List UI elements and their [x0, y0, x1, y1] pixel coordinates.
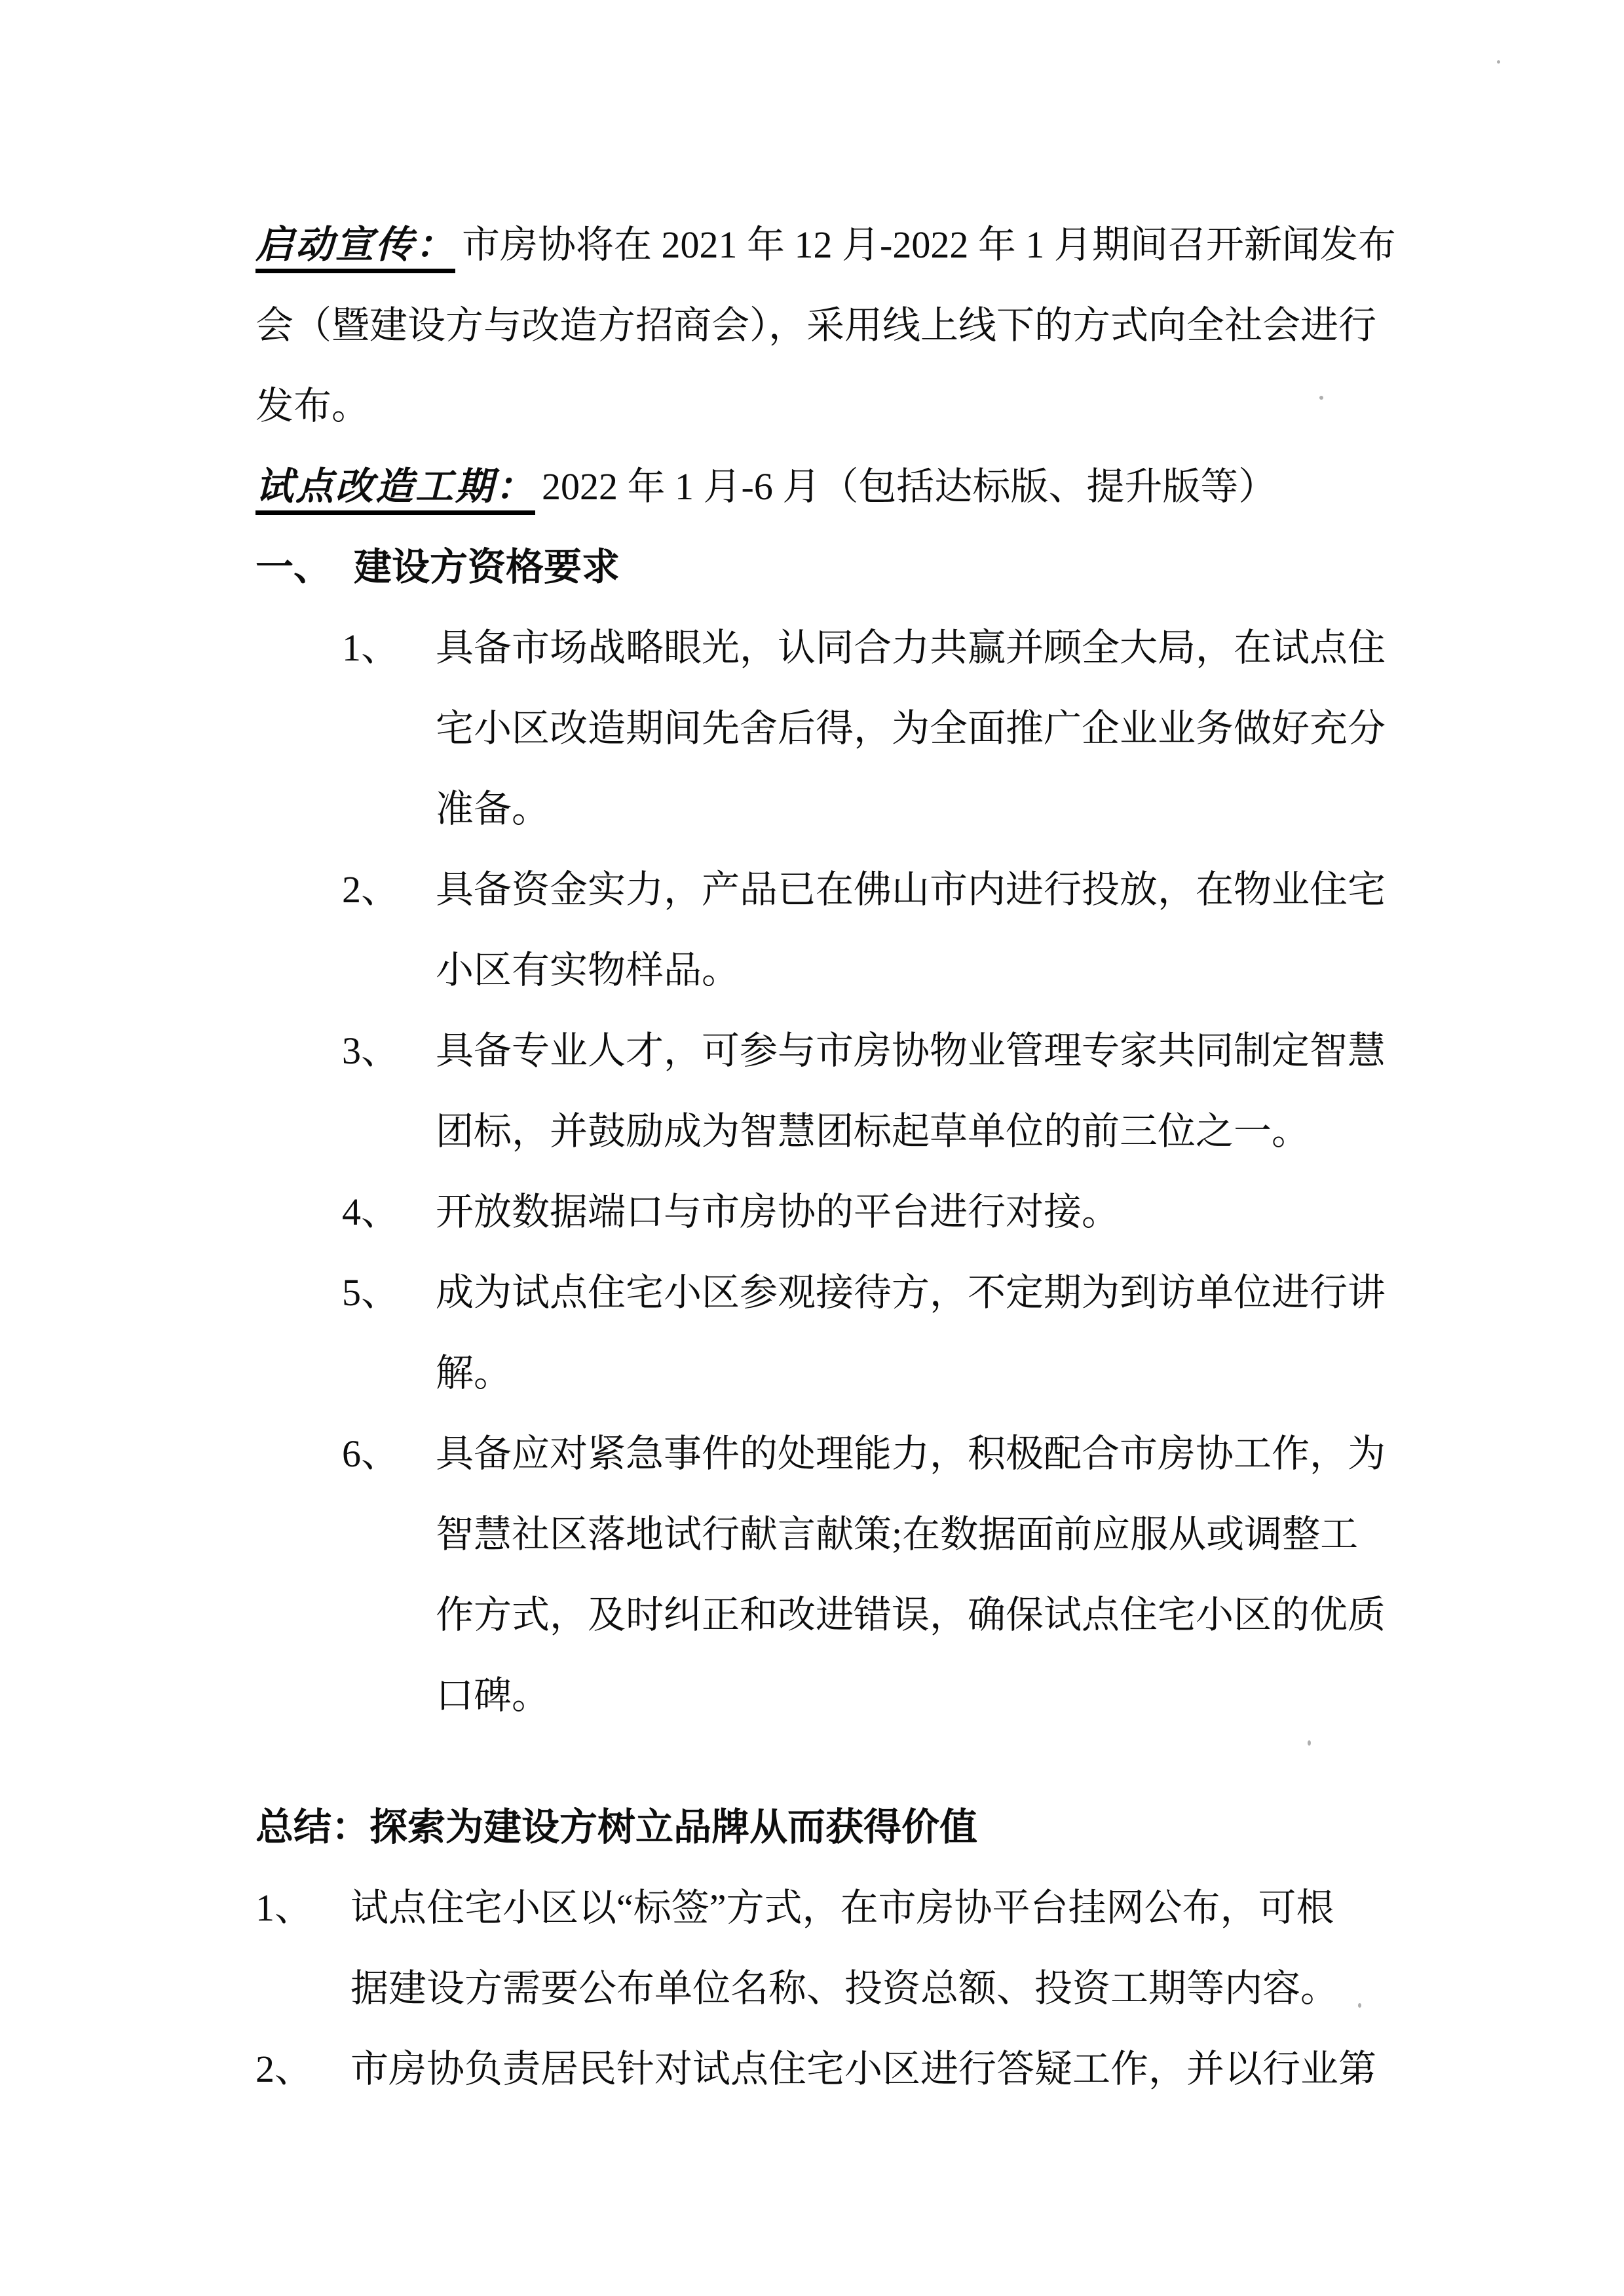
list-item-text: 小区有实物样品。: [255, 930, 1427, 1010]
list-item-text: 作方式，及时纠正和改进错误，确保试点住宅小区的优质: [255, 1575, 1427, 1655]
list-item-text: 具备专业人才，可参与市房协物业管理专家共同制定智慧: [436, 1029, 1386, 1072]
scan-speck: [1308, 1740, 1311, 1746]
paragraph-launch-line-1: 启动宣传：市房协将在 2021 年 12 月-2022 年 1 月期间召开新闻发…: [255, 204, 1427, 285]
requirement-item: 6、具备应对紧急事件的处理能力，积极配合市房协工作，为: [255, 1413, 1427, 1494]
list-item-text: 成为试点住宅小区参观接待方，不定期为到访单位进行讲: [436, 1271, 1386, 1314]
blank-gap: [255, 1736, 1427, 1787]
list-item-text: 宅小区改造期间先舍后得，为全面推广企业业务做好充分: [255, 688, 1427, 769]
list-item-number: 1、: [255, 1867, 350, 1948]
schedule-label: 试点改造工期：: [255, 465, 535, 515]
list-item-number: 3、: [342, 1010, 436, 1091]
list-item-text: 具备应对紧急事件的处理能力，积极配合市房协工作，为: [436, 1432, 1386, 1475]
scan-speck: [1319, 396, 1323, 400]
scan-speck: [1497, 60, 1500, 64]
list-item-text: 试点住宅小区以“标签”方式，在市房协平台挂网公布，可根: [350, 1886, 1334, 1929]
paragraph-launch-line-2: 会（暨建设方与改造方招商会），采用线上线下的方式向全社会进行: [255, 285, 1427, 366]
list-item-number: 6、: [342, 1413, 436, 1494]
requirement-item: 3、具备专业人才，可参与市房协物业管理专家共同制定智慧: [255, 1010, 1427, 1091]
section-heading: 一、建设方资格要求: [255, 527, 1427, 607]
list-item-text: 开放数据端口与市房协的平台进行对接。: [436, 1191, 1120, 1233]
summary-item: 2、市房协负责居民针对试点住宅小区进行答疑工作，并以行业第: [255, 2029, 1427, 2109]
launch-label: 启动宣传：: [255, 223, 455, 273]
list-item-text: 具备资金实力，产品已在佛山市内进行投放，在物业住宅: [436, 868, 1386, 911]
section-heading-marker: 一、: [255, 527, 354, 607]
list-item-text: 解。: [255, 1333, 1427, 1413]
paragraph-launch-line-3: 发布。: [255, 366, 1427, 446]
requirement-item: 1、具备市场战略眼光，认同合力共赢并顾全大局，在试点住: [255, 607, 1427, 688]
summary-item: 1、试点住宅小区以“标签”方式，在市房协平台挂网公布，可根: [255, 1867, 1427, 1948]
requirement-item: 2、具备资金实力，产品已在佛山市内进行投放，在物业住宅: [255, 849, 1427, 930]
list-item-text: 口碑。: [255, 1655, 1427, 1736]
list-item-text: 具备市场战略眼光，认同合力共赢并顾全大局，在试点住: [436, 626, 1386, 669]
requirement-item: 4、开放数据端口与市房协的平台进行对接。: [255, 1172, 1427, 1252]
schedule-text: 2022 年 1 月-6 月（包括达标版、提升版等）: [542, 465, 1276, 508]
list-item-text: 团标，并鼓励成为智慧团标起草单位的前三位之一。: [255, 1091, 1427, 1172]
summary-heading: 总结：探索为建设方树立品牌从而获得价值: [255, 1787, 1427, 1867]
scan-speck: [935, 1902, 938, 1905]
section-heading-title: 建设方资格要求: [354, 546, 620, 588]
list-item-text: 市房协负责居民针对试点住宅小区进行答疑工作，并以行业第: [350, 2048, 1376, 2090]
paragraph-schedule: 试点改造工期：2022 年 1 月-6 月（包括达标版、提升版等）: [255, 446, 1427, 527]
launch-text: 市房协将在 2021 年 12 月-2022 年 1 月期间召开新闻发布: [462, 223, 1396, 266]
list-item-number: 5、: [342, 1252, 436, 1333]
list-item-text: 准备。: [255, 769, 1427, 849]
list-item-number: 2、: [255, 2029, 350, 2109]
list-item-text: 据建设方需要公布单位名称、投资总额、投资工期等内容。: [255, 1948, 1427, 2029]
scan-speck: [1358, 2003, 1361, 2008]
list-item-number: 2、: [342, 849, 436, 930]
requirement-item: 5、成为试点住宅小区参观接待方，不定期为到访单位进行讲: [255, 1252, 1427, 1333]
list-item-number: 1、: [342, 607, 436, 688]
list-item-number: 4、: [342, 1172, 436, 1252]
list-item-text: 智慧社区落地试行献言献策;在数据面前应服从或调整工: [255, 1494, 1427, 1575]
scanned-document-page: 启动宣传：市房协将在 2021 年 12 月-2022 年 1 月期间召开新闻发…: [0, 0, 1624, 2296]
